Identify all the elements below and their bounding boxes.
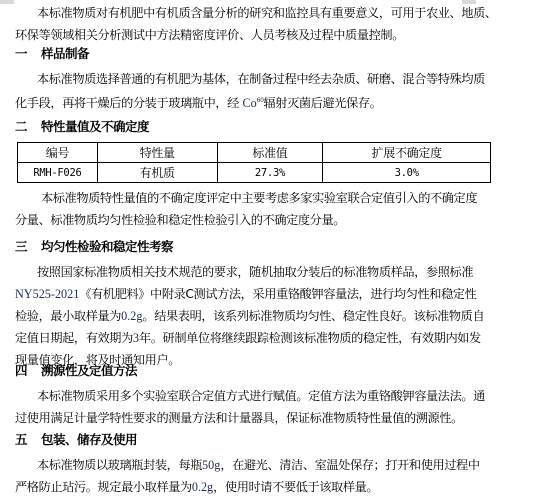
intro-paragraph: 本标准物质对有机肥中有机质含量分析的研究和监控具有重要意义，可用于农业、地质、 … [15,2,475,46]
section-5-line-1-a: 本标准物质以玻璃瓶封装，每瓶 [37,458,202,472]
section-4-line-1: 本标准物质采用多个实验室联合定值方式进行赋值。定值方法为重铬酸钾容量法法。通 [15,385,475,407]
cobalt-symbol: Co [242,96,256,110]
cobalt-isotope: 60 [257,97,264,104]
section-2-number: 二 [15,117,41,135]
intro-line-2: 环保等领域相关分析测试中方法精密度评价、人员考核及过程中质量控制。 [15,24,475,46]
section-3-heading: 三均匀性检验和稳定性考察 [15,237,173,255]
section-1-line-2-tail: 辐射灭菌后避光保存。 [264,96,382,110]
section-2-line-1: 本标准物质特性量值的不确定度评定中主要考虑多家实验室联合定值引入的不确定度 [15,187,475,209]
section-3-line-3-a: 检验，最小取样量为 [15,309,121,323]
section-5-line-2-b: ，使用时请不要低于该取样量。 [213,480,378,494]
intro-line-1: 本标准物质对有机肥中有机质含量分析的研究和监控具有重要意义，可用于农业、地质、 [15,2,475,24]
section-5-line-1-b: ，在避光、清洁、室温处保存；打开和使用过程中 [220,458,479,472]
standard-reference: NY525-2021 [15,287,79,301]
section-3-line-2: NY525-2021《有机肥料》中附录C测试方法，采用重铬酸钾容量法，进行均匀性… [15,283,475,305]
section-1-line-2-head: 化手段，再将干燥后的分装于玻璃瓶中，经 [15,96,242,110]
section-2-title: 特性量值及不确定度 [41,119,149,134]
section-3-paragraph: 按照国家标准物质相关技术规范的要求，随机抽取分装后的标准物质样品，参照标准 NY… [15,261,475,371]
table-cell-value: 27.3% [217,163,323,183]
section-1-line-1: 本标准物质选择普通的有机肥为基体，在制备过程中经去杂质、研磨、混合等特殊均质 [15,68,475,90]
section-1-line-2: 化手段，再将干燥后的分装于玻璃瓶中，经 Co60辐射灭菌后避光保存。 [15,90,475,114]
section-5-heading: 五包装、储存及使用 [15,430,137,448]
section-5-title: 包装、储存及使用 [41,432,137,447]
section-3-line-4: 定值日期起，有效期为3年。研制单位将继续跟踪检测该标准物质的稳定性，有效期内如发 [15,327,475,349]
section-3-title: 均匀性检验和稳定性考察 [41,239,173,254]
table-header-cell: 扩展不确定度 [323,143,491,163]
table-row: RMH-F026 有机质 27.3% 3.0% [18,163,491,183]
section-3-line-4-b: 年。研制单位将继续跟踪检测该标准物质的稳定性，有效期内如发 [139,331,481,345]
table-header-cell: 标准值 [217,143,323,163]
section-5-line-2-a: 严格防止玷污。规定最小取样量为 [15,480,192,494]
table-cell-property: 有机质 [97,163,217,183]
section-4-line-2: 过使用满足计量学特性要求的测量方法和计量器具，保证标准物质特性量值的溯源性。 [15,407,475,429]
section-3-line-4-a: 定值日期起，有效期为 [15,331,133,345]
table-cell-id: RMH-F026 [18,163,98,183]
section-2-paragraph: 本标准物质特性量值的不确定度评定中主要考虑多家实验室联合定值引入的不确定度 分量… [15,187,475,231]
table-header-row: 编号 特性量 标准值 扩展不确定度 [18,143,491,163]
section-3-line-1: 按照国家标准物质相关技术规范的要求，随机抽取分装后的标准物质样品，参照标准 [15,261,475,283]
table-cell-uncertainty: 3.0% [323,163,491,183]
section-4-paragraph: 本标准物质采用多个实验室联合定值方式进行赋值。定值方法为重铬酸钾容量法法。通 过… [15,385,475,429]
min-sample-value: 0.2g [192,480,213,494]
section-3-line-3-b: 。结果表明，该系列标准物质均匀性、稳定性良好。该标准物质自 [142,309,484,323]
min-sample-value: 0.2g [121,309,142,323]
bottle-mass: 50g [202,458,220,472]
section-2-heading: 二特性量值及不确定度 [15,117,149,135]
section-2-line-2: 分量、标准物质均匀性检验和稳定性检验引入的不确定度分量。 [15,209,475,231]
section-4-heading: 四溯源性及定值方法 [15,361,137,379]
table-header-cell: 编号 [18,143,98,163]
section-1-paragraph: 本标准物质选择普通的有机肥为基体，在制备过程中经去杂质、研磨、混合等特殊均质 化… [15,68,475,114]
table-header-cell: 特性量 [97,143,217,163]
section-3-line-2-rest: 《有机肥料》中附录C测试方法，采用重铬酸钾容量法，进行均匀性和稳定性 [79,287,476,301]
section-5-paragraph: 本标准物质以玻璃瓶封装，每瓶50g，在避光、清洁、室温处保存；打开和使用过程中 … [15,454,475,498]
section-1-title: 样品制备 [41,46,89,61]
property-table: 编号 特性量 标准值 扩展不确定度 RMH-F026 有机质 27.3% 3.0… [17,142,491,183]
page-corner-marker-left [0,0,14,4]
section-1-heading: 一样品制备 [15,44,89,62]
section-3-line-3: 检验，最小取样量为0.2g。结果表明，该系列标准物质均匀性、稳定性良好。该标准物… [15,305,475,327]
section-5-line-2: 严格防止玷污。规定最小取样量为0.2g，使用时请不要低于该取样量。 [15,476,475,498]
section-5-line-1: 本标准物质以玻璃瓶封装，每瓶50g，在避光、清洁、室温处保存；打开和使用过程中 [15,454,475,476]
section-4-title: 溯源性及定值方法 [41,363,137,378]
section-1-number: 一 [15,44,41,62]
section-5-number: 五 [15,430,41,448]
section-4-number: 四 [15,361,41,379]
section-3-number: 三 [15,237,41,255]
